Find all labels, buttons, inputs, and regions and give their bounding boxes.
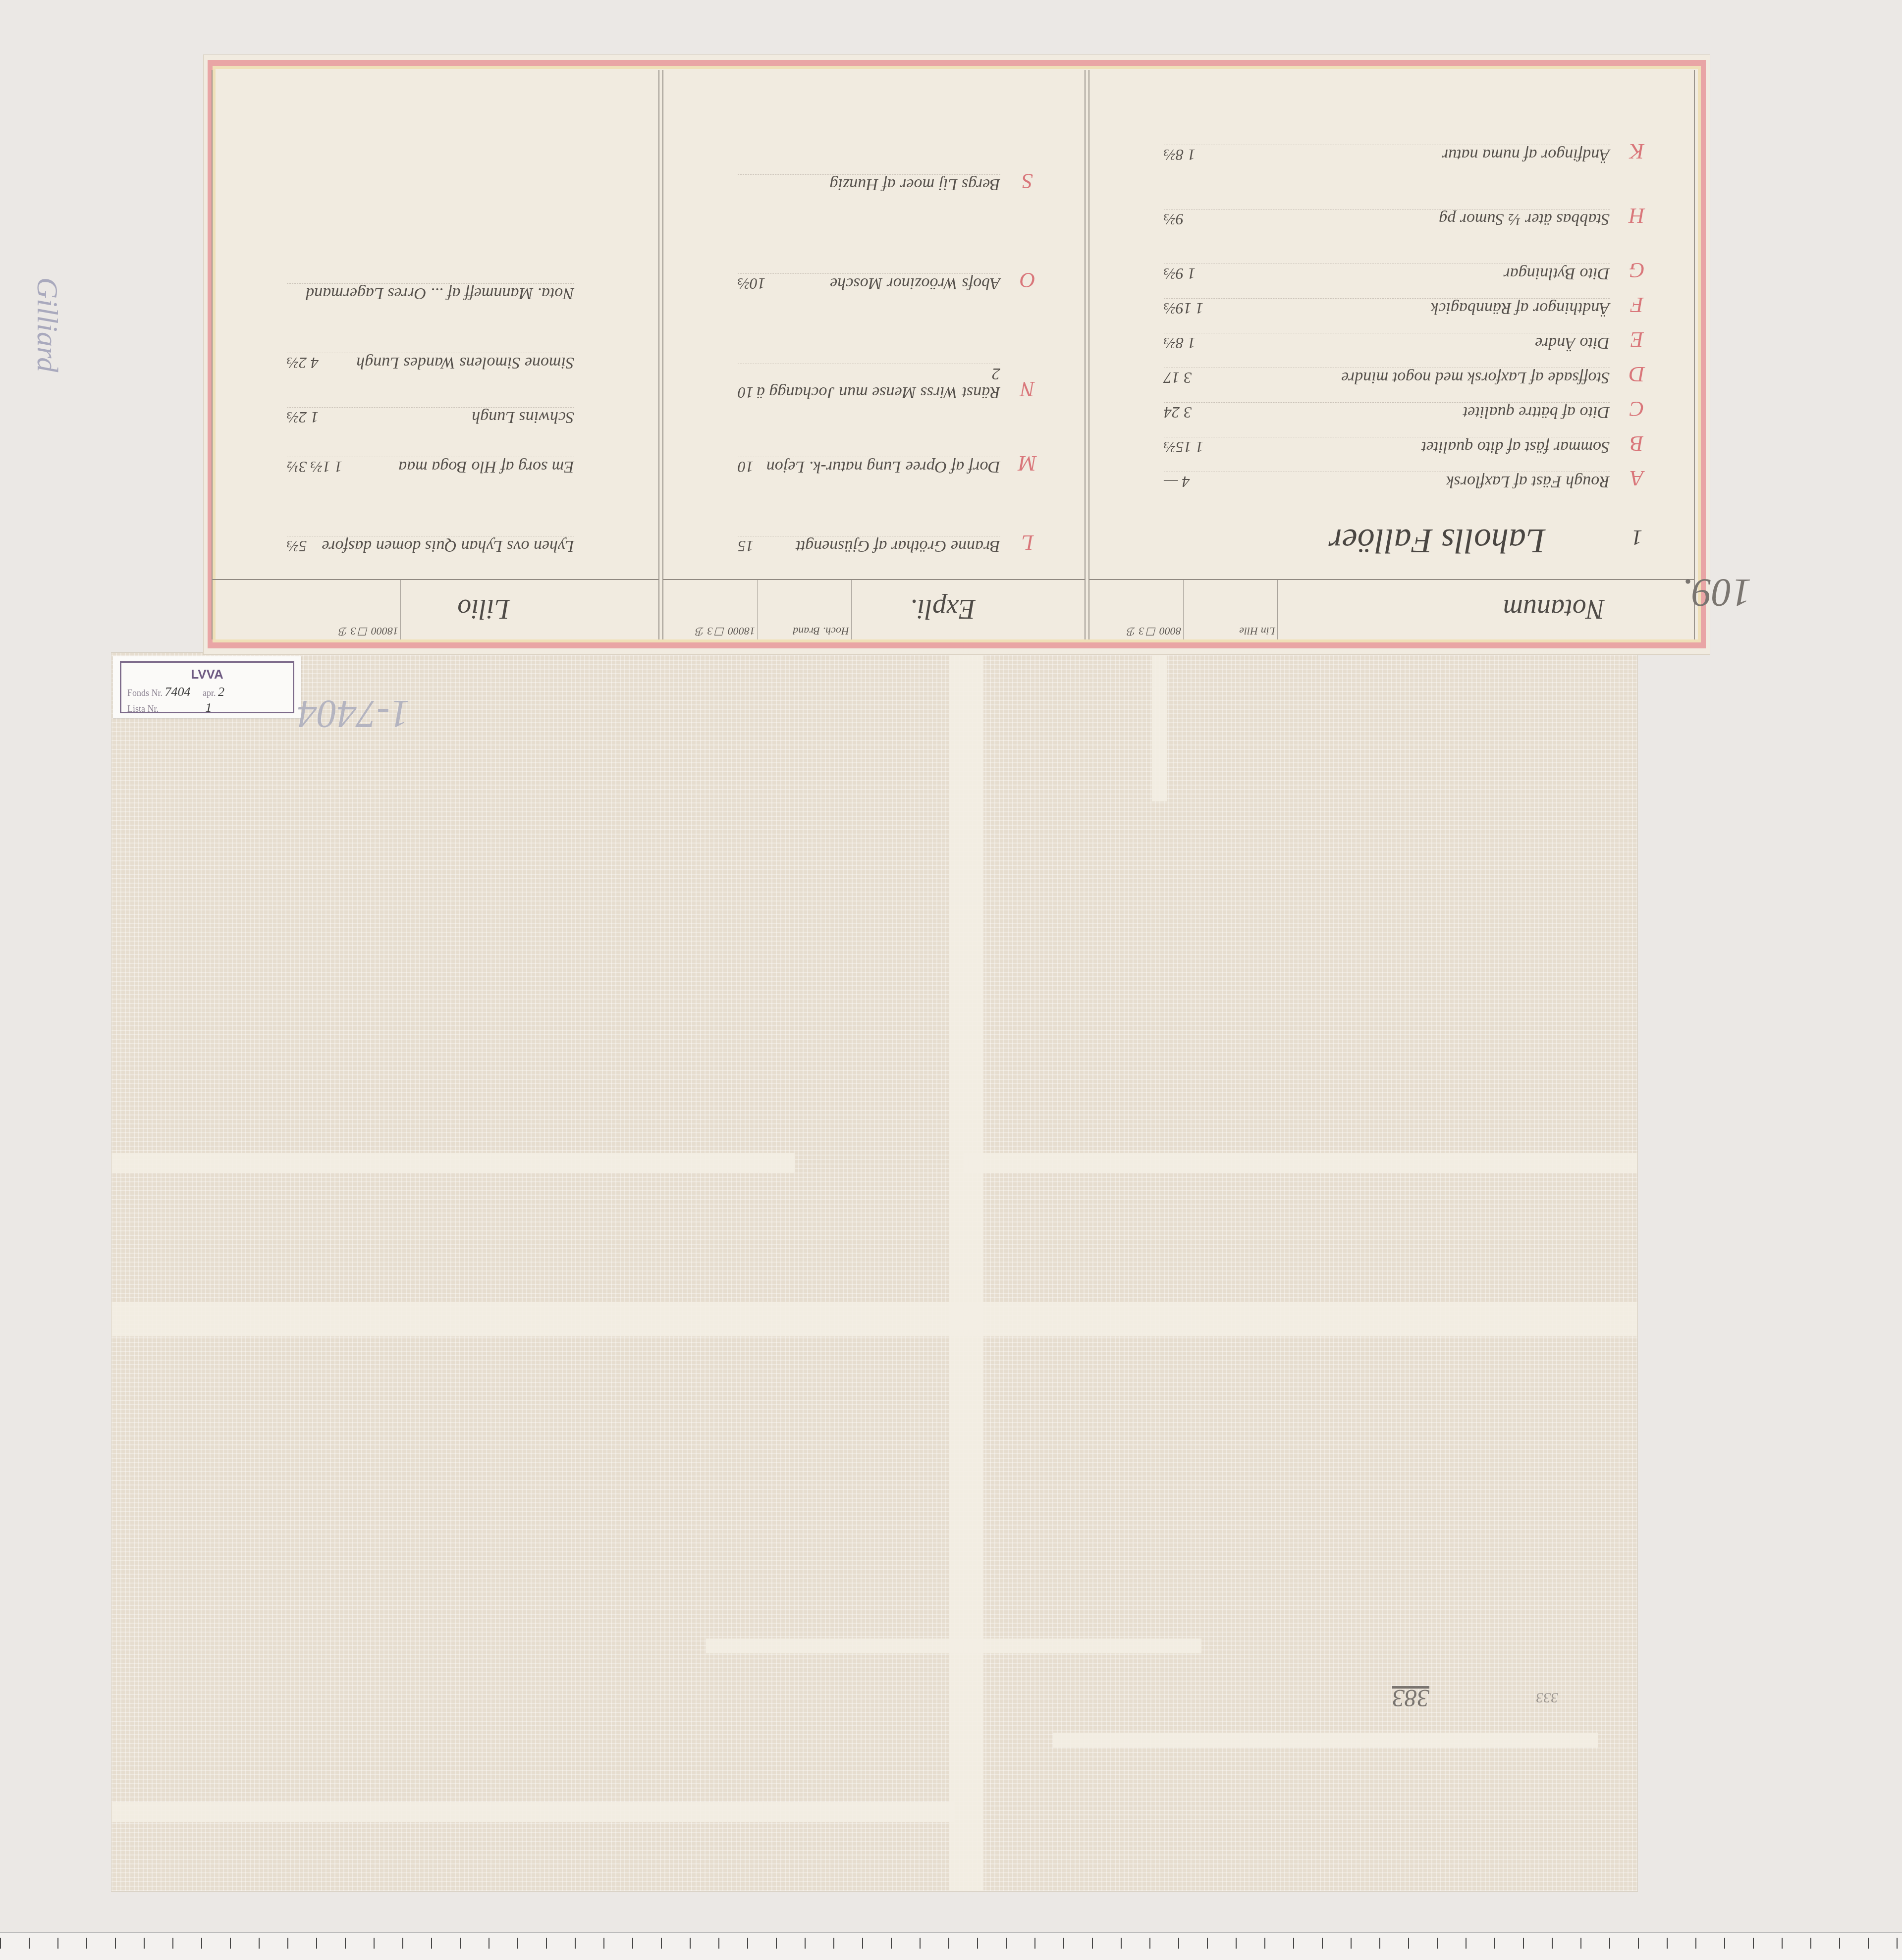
ledger-entry: Dorf af Opree Lung natur-k. Lejon 10: [738, 457, 1000, 476]
ledger-entry: Branne Gröthar af Gjüsnengtt 15: [738, 536, 1000, 555]
header-title: Lilio: [457, 593, 510, 625]
apr-label: apr.: [203, 688, 216, 698]
repair-strip: [706, 1639, 1201, 1653]
entry-amount: 3 17: [1164, 368, 1192, 387]
repair-strip: [111, 1153, 795, 1173]
row-marker: E: [1625, 327, 1649, 352]
row-marker: C: [1625, 396, 1649, 422]
repair-strip: [111, 1802, 954, 1822]
fonds-row: Fonds Nr. 7404 apr. 2: [127, 685, 224, 699]
footer-cell: 8000 ☐ 3 ℬ: [1089, 580, 1184, 639]
ledger-column-2: Expli. L Branne Gröthar af Gjüsnengtt 15…: [662, 70, 1086, 639]
page-number: 109.: [1682, 570, 1751, 615]
entry-amount: 1 1⅔ 3½: [287, 457, 342, 476]
row-marker: G: [1625, 258, 1649, 283]
row-marker: S: [1015, 168, 1040, 194]
row-marker: D: [1625, 362, 1649, 387]
apr-value: 2: [218, 685, 224, 699]
ledger-entry: Stabbas äter ½ Sumor pg 9⅔: [1164, 209, 1610, 228]
entry-text: Sommar fäst af dito qualitet: [1421, 437, 1610, 456]
footer-cell: Lin Hlle: [1184, 580, 1278, 639]
ledger-entry: Ändfingor af numa natur 1 8⅔: [1164, 145, 1610, 164]
ledger-entry: Bergs Lij moer af Hunzig: [738, 174, 1000, 194]
ledger-column-1: Notanum Laholls Fallöer 1 A Rough Fäst a…: [1088, 70, 1695, 639]
footer-cell: 18000 ☐ 3 ℬ: [663, 580, 758, 639]
entry-text: Dorf af Opree Lung natur-k. Lejon: [766, 457, 1000, 476]
ledger-entry: Dito af bättre qualitet 3 24: [1164, 402, 1610, 422]
row-marker: O: [1015, 267, 1040, 293]
entry-text: Bergs Lij moer af Hunzig: [830, 175, 1000, 194]
entry-text: Branne Gröthar af Gjüsnengtt: [796, 536, 1000, 555]
entry-text: Dito Bytlningar: [1504, 264, 1610, 283]
entry-text: Ändthingor af Rännbagick: [1431, 299, 1610, 318]
archive-label: LVVA Fonds Nr. 7404 apr. 2 Lista Nr. 1: [113, 656, 301, 718]
fonds-label: Fonds Nr.: [127, 688, 163, 698]
footer-cell: Hoch. Brand: [758, 580, 852, 639]
entry-amount: 1 9⅔: [1164, 264, 1196, 283]
entry-amount: 4 —: [1164, 472, 1190, 491]
entry-text: Abofs Wröozinor Mosche: [830, 274, 1000, 293]
ledger-entry: Stoffsade af Laxforsk med nogot mindre 3…: [1164, 368, 1610, 387]
ink-number-small: 333: [1536, 1689, 1558, 1706]
pencil-annotation-name: Gilliard: [30, 277, 64, 372]
entry-text: Ränst Wirss Mense mun Jochangg ä 2: [754, 364, 1000, 402]
archive-stamp-box: LVVA Fonds Nr. 7404 apr. 2 Lista Nr. 1: [120, 661, 294, 713]
entry-amount: 1 8⅔: [1164, 145, 1196, 164]
entry-text: Nota. Mannmeff af ... Orres Lagermand: [306, 284, 574, 303]
ledger-entry: Ränst Wirss Mense mun Jochangg ä 2 10: [738, 364, 1000, 402]
entry-amount: 10: [738, 457, 754, 476]
entry-text: Simone Simolens Wandes Lungh: [356, 353, 574, 372]
entry-text: Stoffsade af Laxforsk med nogot mindre: [1341, 368, 1610, 387]
lista-row: Lista Nr. 1: [127, 700, 212, 715]
ledger-entry: Schwins Lungh 1 2⅔: [287, 407, 574, 426]
entry-amount: 1 19⅔: [1164, 299, 1203, 318]
entry-amount: 4 2⅔: [287, 353, 319, 372]
entry-amount: 1 15⅔: [1164, 437, 1203, 456]
ledger-entry: Dito Ändre 1 8⅔: [1164, 333, 1610, 352]
header-title: Expli.: [910, 593, 976, 625]
pencil-archive-number: 1-7404: [297, 691, 410, 736]
entry-text: Ändfingor af numa natur: [1442, 145, 1610, 164]
entry-amount: 3 24: [1164, 403, 1192, 422]
ledger-entry: Sommar fäst af dito qualitet 1 15⅔: [1164, 437, 1610, 456]
entry-text: Lyhen ovs Lyhan Quis domen dasfore: [322, 536, 574, 555]
entry-amount: 10: [738, 364, 754, 402]
repair-strip: [964, 1153, 1637, 1173]
row-marker: A: [1625, 466, 1649, 491]
entry-text: Dito Ändre: [1535, 333, 1610, 352]
ledger-entry: Rough Fäst af Laxflorsk 4 —: [1164, 472, 1610, 491]
ledger-entry: Em sorg af Hlo Boga maa 1 1⅔ 3½: [287, 457, 574, 476]
footer-cell: 18000 ☐ 3 ℬ: [213, 580, 401, 639]
section-title: Laholls Fallöer: [1328, 521, 1545, 560]
entry-text: Rough Fäst af Laxflorsk: [1446, 472, 1610, 491]
scale-ruler: [0, 1932, 1902, 1960]
section-number: 1: [1625, 525, 1649, 550]
row-marker: M: [1015, 451, 1040, 476]
entry-amount: 10⅔: [738, 274, 765, 293]
row-marker: H: [1625, 203, 1649, 228]
row-marker: B: [1625, 431, 1649, 456]
ink-number: 383: [1392, 1684, 1429, 1713]
ledger-entry: Lyhen ovs Lyhan Quis domen dasfore 5⅔: [287, 536, 574, 555]
repair-strip: [949, 653, 983, 1891]
lista-value: 1: [206, 700, 212, 715]
entry-text: Schwins Lungh: [472, 408, 574, 426]
archive-name: LVVA: [121, 667, 293, 682]
entry-text: Stabbas äter ½ Sumor pg: [1439, 210, 1610, 228]
entry-text: Dito af bättre qualitet: [1463, 403, 1610, 422]
row-marker: F: [1625, 292, 1649, 318]
ledger-entry: Dito Bytlningar 1 9⅔: [1164, 264, 1610, 283]
repair-strip: [1053, 1733, 1598, 1748]
ledger-fragment: Notanum Laholls Fallöer 1 A Rough Fäst a…: [203, 54, 1710, 655]
column-footer: Hoch. Brand 18000 ☐ 3 ℬ: [663, 579, 852, 639]
ledger-entry: Nota. Mannmeff af ... Orres Lagermand: [287, 283, 574, 303]
entry-text: Em sorg af Hlo Boga maa: [398, 457, 574, 476]
entry-amount: 5⅔: [287, 536, 307, 555]
entry-amount: 9⅔: [1164, 210, 1184, 228]
entry-amount: 1 2⅔: [287, 408, 319, 426]
row-marker: K: [1625, 139, 1649, 164]
repair-strip: [111, 1302, 1637, 1336]
column-footer: Lin Hlle 8000 ☐ 3 ℬ: [1089, 579, 1278, 639]
ledger-entry: Simone Simolens Wandes Lungh 4 2⅔: [287, 353, 574, 372]
column-footer: 18000 ☐ 3 ℬ: [213, 579, 401, 639]
ledger-column-3: Lilio Lyhen ovs Lyhan Quis domen dasfore…: [212, 70, 659, 639]
lista-label: Lista Nr.: [127, 704, 159, 714]
row-marker: N: [1015, 376, 1040, 402]
header-title: Notanum: [1503, 593, 1605, 625]
ledger-content-rotated: Notanum Laholls Fallöer 1 A Rough Fäst a…: [218, 70, 1695, 639]
row-marker: L: [1015, 530, 1040, 555]
fonds-value: 7404: [165, 685, 191, 699]
repair-strip: [1152, 653, 1167, 801]
ledger-entry: Ändthingor af Rännbagick 1 19⅔: [1164, 298, 1610, 318]
entry-amount: 1 8⅔: [1164, 333, 1196, 352]
ledger-entry: Abofs Wröozinor Mosche 10⅔: [738, 273, 1000, 293]
entry-amount: 15: [738, 536, 754, 555]
